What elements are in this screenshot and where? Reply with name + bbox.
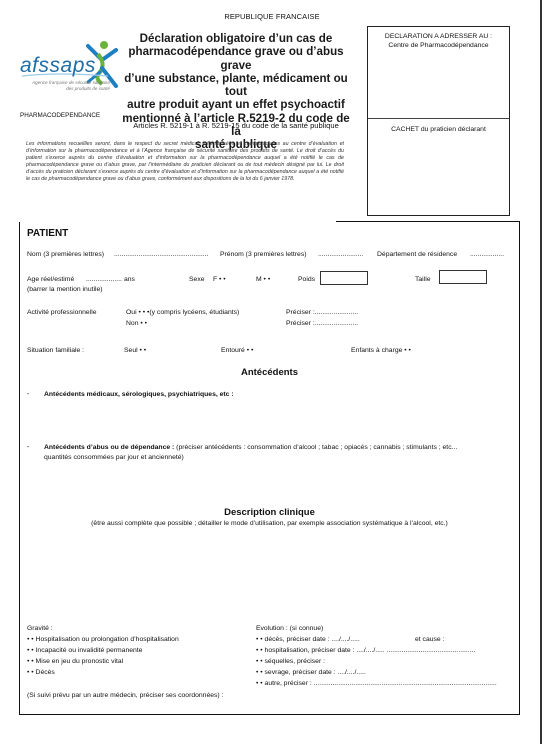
situation-enfants-checkbox[interactable]: Enfants à charge • • [351,347,411,354]
antecedents-abus-field[interactable] [44,466,504,502]
gravite-incapacite-checkbox[interactable]: • • Incapacité ou invalidité permanente [27,647,142,654]
departement-field[interactable]: .................. [470,251,504,258]
antecedents-medicaux-field[interactable] [44,402,504,438]
republic-header: REPUBLIQUE FRANCAISE [0,12,544,21]
evolution-heading: Evolution : (si connue) [256,625,323,632]
antecedents-abus-detail2: quantités consommées par jour et ancienn… [44,454,184,461]
address-label: DECLARATION A ADRESSER AU : Centre de Ph… [368,32,509,50]
nom-field[interactable]: ........................................… [114,251,208,258]
poids-label: Poids [298,276,315,283]
description-field[interactable] [27,534,512,614]
antecedents-abus-label: Antécédents d’abus ou de dépendance : (p… [44,444,457,451]
evolution-sevrage-checkbox[interactable]: • • sevrage, préciser date : ..../..../.… [256,669,366,676]
address-line1: DECLARATION A ADRESSER AU : [368,32,509,41]
evolution-hospitalisation-checkbox[interactable]: • • hospitalisation, préciser date : ...… [256,647,475,654]
suivi-label: (Si suivi prévu par un autre médecin, pr… [27,692,223,699]
sexe-f-checkbox[interactable]: F • • [213,276,226,283]
situation-entoure-checkbox[interactable]: Entouré • • [221,347,253,354]
form-title: Déclaration obligatoire d’un cas de phar… [122,32,350,152]
evolution-heading-note: : (si connue) [284,625,323,632]
age-unit: ans [124,276,135,283]
address-line2: Centre de Pharmacodépendance [368,41,509,50]
department-label: PHARMACODEPENDANCE [20,112,100,119]
title-line: autre produit ayant un effet psychoactif [122,98,350,111]
situation-seul-checkbox[interactable]: Seul • • [124,347,146,354]
gravite-heading: Gravité : [27,625,53,632]
address-stamp-box: DECLARATION A ADRESSER AU : Centre de Ph… [367,26,510,216]
antecedents-abus-detail: (préciser antécédents : consommation d’a… [174,444,457,451]
situation-label: Situation familiale : [27,347,84,354]
legal-notice: Les informations recueillies seront, dan… [26,141,344,184]
nom-label: Nom (3 premières lettres) [27,251,104,258]
age-label: Age réel/estimé [27,276,74,283]
title-line: pharmacodépendance grave ou d’abus grave [122,45,350,72]
gravite-pronostic-checkbox[interactable]: • • Mise en jeu du pronostic vital [27,658,123,665]
stamp-label: CACHET du praticien déclarant [368,125,509,134]
box-divider [368,118,509,119]
bullet-dash: - [27,391,29,398]
gravite-deces-checkbox[interactable]: • • Décès [27,669,55,676]
sexe-label: Sexe [189,276,205,283]
address-field[interactable] [372,51,505,115]
evolution-heading-text: Evolution [256,625,284,632]
activite-non-checkbox[interactable]: Non • • [126,320,147,327]
taille-label: Taille [415,276,431,283]
prenom-label: Prénom (3 premières lettres) [220,251,307,258]
logo-text: afssaps [20,54,96,78]
preciser-oui-field[interactable]: Préciser :....................... [286,309,358,316]
taille-input[interactable] [439,270,487,284]
description-heading: Description clinique [20,507,519,518]
bullet-dash: - [27,444,29,451]
articles-reference: Articles R. 5219-1 à R. 5219-15 du code … [122,121,350,130]
page-edge-line [540,0,542,744]
preciser-non-field[interactable]: Préciser :....................... [286,320,358,327]
evolution-deces-checkbox[interactable]: • • décès, préciser date : ..../..../...… [256,636,360,643]
antecedents-abus-bold: Antécédents d’abus ou de dépendance : [44,444,174,451]
description-note: (être aussi complète que possible ; déta… [20,520,519,527]
evolution-cause-label: et cause : [415,636,444,643]
antecedents-heading: Antécédents [20,367,519,378]
sexe-m-checkbox[interactable]: M • • [256,276,270,283]
logo-subtitle-line2: des produits de santé [20,86,110,92]
patient-section: PATIENT Nom (3 premières lettres) ......… [19,222,520,715]
evolution-autre-checkbox[interactable]: • • autre, préciser : ..................… [256,680,497,687]
logo-subtitle: Agence française de sécurité sanitaire d… [20,80,110,92]
poids-input[interactable] [320,271,368,285]
gravite-hospitalisation-checkbox[interactable]: • • Hospitalisation ou prolongation d’ho… [27,636,179,643]
prenom-field[interactable]: ........................ [318,251,363,258]
patient-heading: PATIENT [27,228,68,239]
stamp-field[interactable] [372,139,505,211]
activite-label: Activité professionnelle [27,309,97,316]
antecedents-medicaux-label: Antécédents médicaux, sérologiques, psyc… [44,391,234,398]
activite-oui-checkbox[interactable]: Oui • • •(y compris lycéens, étudiants) [126,309,239,316]
departement-label: Département de résidence [377,251,457,258]
age-note: (barrer la mention inutile) [27,286,103,293]
title-line: Déclaration obligatoire d’un cas de [122,32,350,45]
age-field[interactable]: ................... [86,276,122,283]
evolution-sequelles-checkbox[interactable]: • • séquelles, préciser : [256,658,325,665]
title-line: d’une substance, plante, médicament ou t… [122,72,350,99]
